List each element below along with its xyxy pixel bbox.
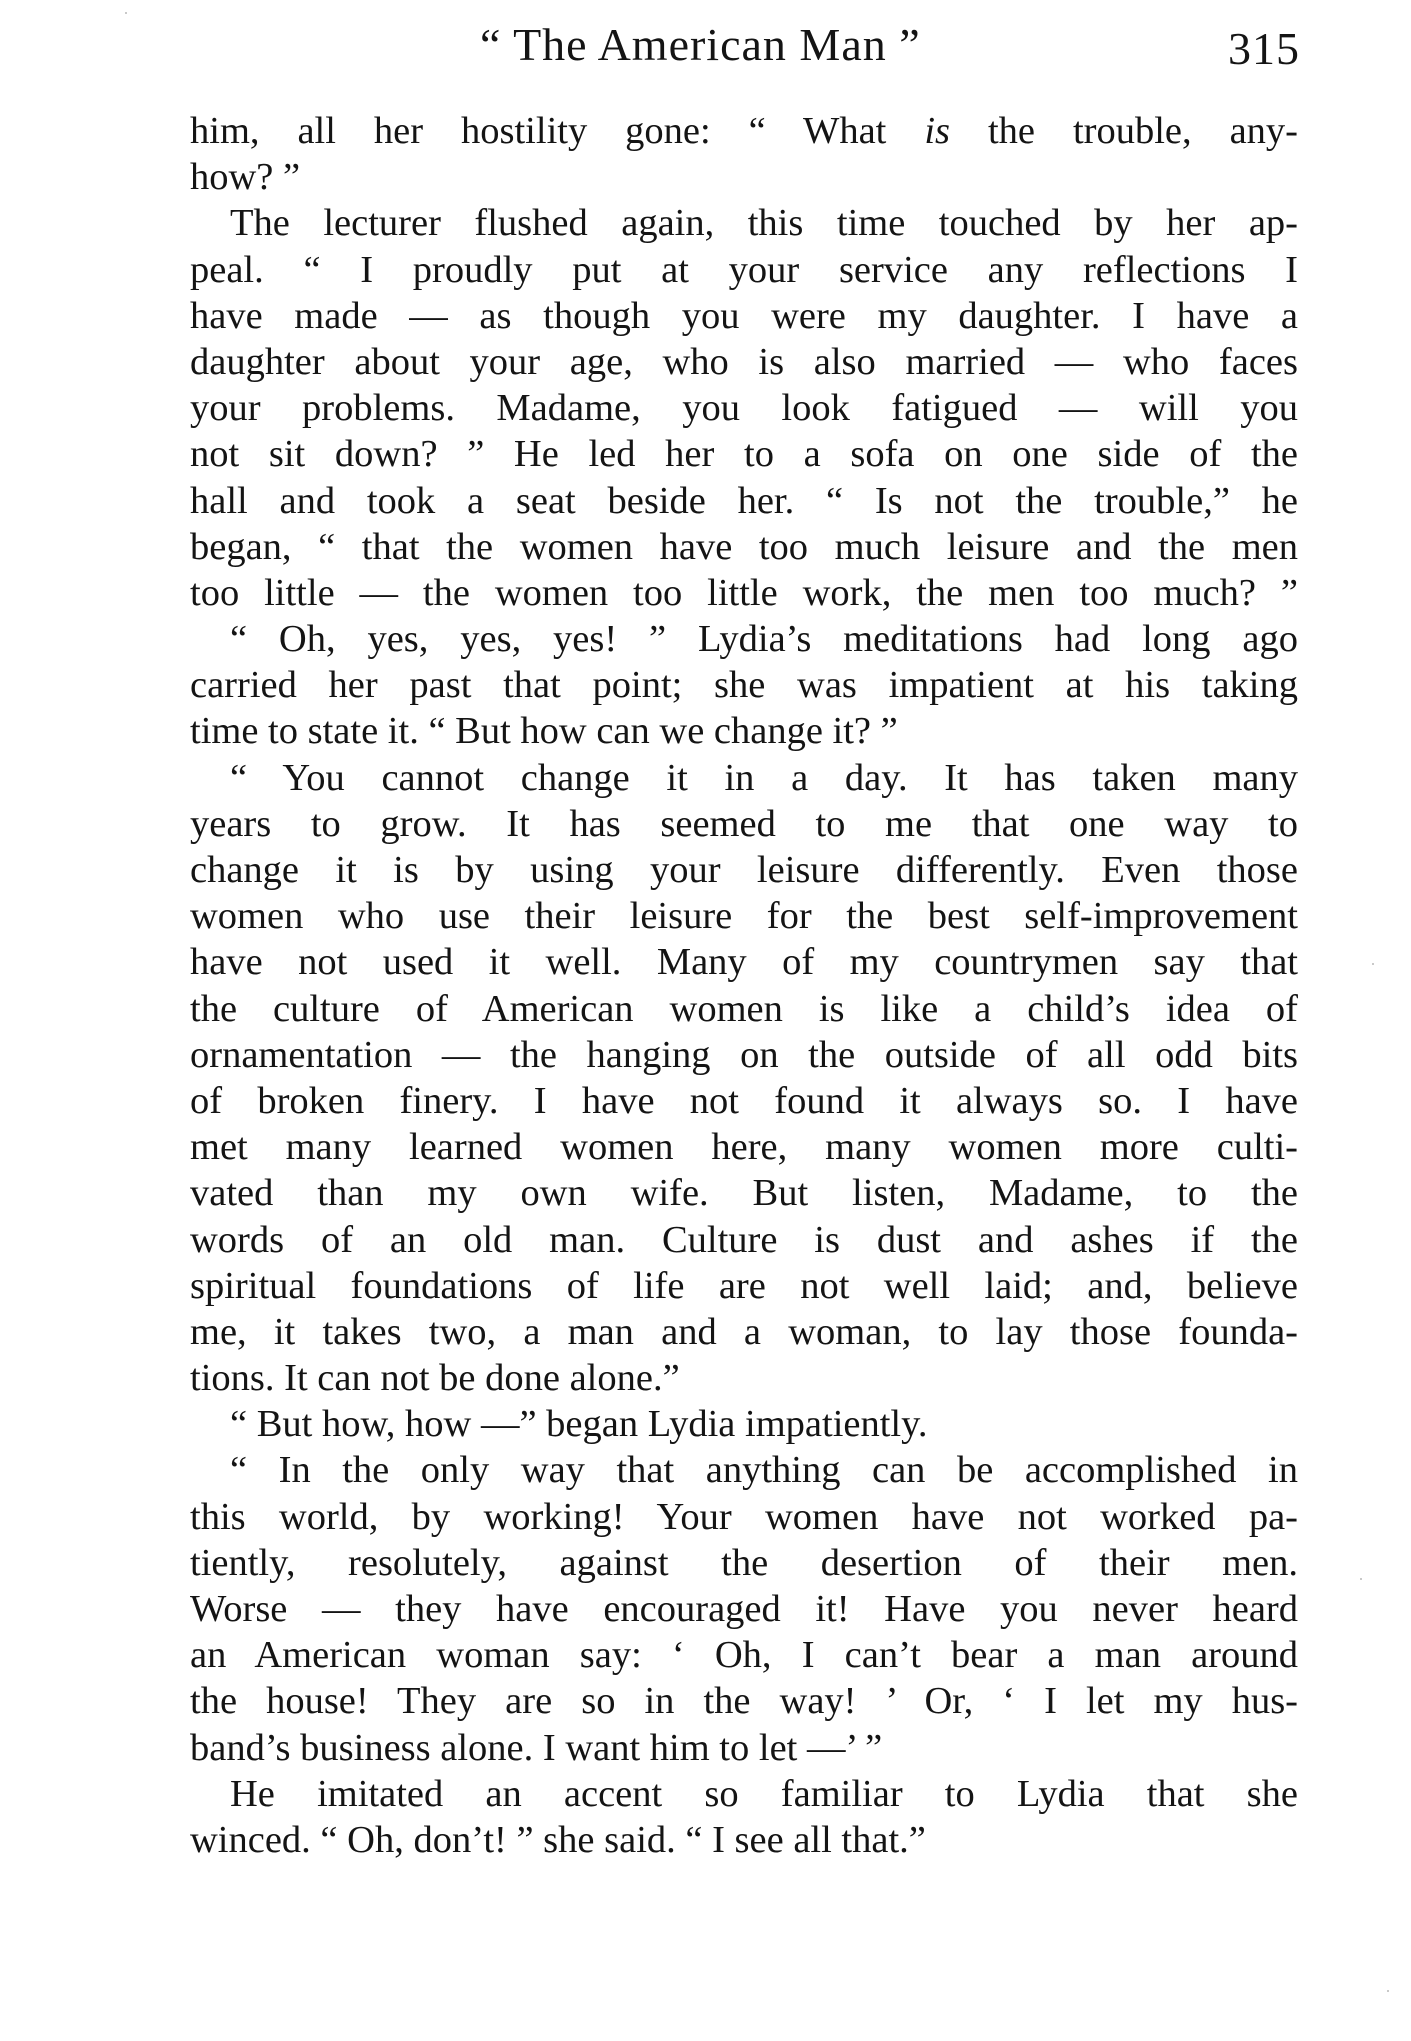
text-line: change it is by using your leisure diffe… (190, 847, 1298, 893)
text-line: your problems. Madame, you look fatigued… (190, 385, 1298, 431)
text-line: began, “ that the women have too much le… (190, 524, 1298, 570)
text-line: tiently, resolutely, against the deserti… (190, 1540, 1298, 1586)
text-line: the culture of American women is like a … (190, 986, 1298, 1032)
text-line: hall and took a seat beside her. “ Is no… (190, 478, 1298, 524)
scan-speck (1372, 963, 1374, 965)
paragraph: He imitated an accent so familiar to Lyd… (190, 1771, 1298, 1863)
scan-speck (1360, 1578, 1362, 1580)
paragraph: The lecturer flushed again, this time to… (190, 200, 1298, 616)
text-line: spiritual foundations of life are not we… (190, 1263, 1298, 1309)
text-line: tions. It can not be done alone.” (190, 1355, 1298, 1401)
paragraph: “ But how, how —” began Lydia impatientl… (190, 1401, 1298, 1447)
text-line: an American woman say: ‘ Oh, I can’t bea… (190, 1632, 1298, 1678)
text-line: women who use their leisure for the best… (190, 893, 1298, 939)
scan-speck (1387, 1990, 1389, 1992)
paragraph: “ You cannot change it in a day. It has … (190, 755, 1298, 1402)
text-line: winced. “ Oh, don’t! ” she said. “ I see… (190, 1817, 1298, 1863)
text-line: “ But how, how —” began Lydia impatientl… (190, 1401, 1298, 1447)
text-line: years to grow. It has seemed to me that … (190, 801, 1298, 847)
text-line: “ In the only way that anything can be a… (190, 1447, 1298, 1493)
text-line: how? ” (190, 154, 1298, 200)
text-line: Worse — they have encouraged it! Have yo… (190, 1586, 1298, 1632)
text-line: “ You cannot change it in a day. It has … (190, 755, 1298, 801)
text-line: daughter about your age, who is also mar… (190, 339, 1298, 385)
text-line: not sit down? ” He led her to a sofa on … (190, 431, 1298, 477)
running-title: “ The American Man ” (480, 18, 921, 71)
text-line: ornamentation — the hanging on the outsi… (190, 1032, 1298, 1078)
text-line: carried her past that point; she was imp… (190, 662, 1298, 708)
text-line: him, all her hostility gone: “ What is t… (190, 108, 1298, 154)
text-line: this world, by working! Your women have … (190, 1494, 1298, 1540)
text-line: me, it takes two, a man and a woman, to … (190, 1309, 1298, 1355)
text-line: met many learned women here, many women … (190, 1124, 1298, 1170)
body-text: him, all her hostility gone: “ What is t… (190, 108, 1298, 1863)
book-page: “ The American Man ” 315 him, all her ho… (0, 0, 1411, 2041)
text-line: have not used it well. Many of my countr… (190, 939, 1298, 985)
scan-speck (125, 12, 127, 14)
text-line: have made — as though you were my daught… (190, 293, 1298, 339)
text-line: words of an old man. Culture is dust and… (190, 1217, 1298, 1263)
text-line: vated than my own wife. But listen, Mada… (190, 1170, 1298, 1216)
text-line: “ Oh, yes, yes, yes! ” Lydia’s meditatio… (190, 616, 1298, 662)
text-line: He imitated an accent so familiar to Lyd… (190, 1771, 1298, 1817)
paragraph: “ In the only way that anything can be a… (190, 1447, 1298, 1770)
text-line: band’s business alone. I want him to let… (190, 1725, 1298, 1771)
text-line: too little — the women too little work, … (190, 570, 1298, 616)
text-line: of broken finery. I have not found it al… (190, 1078, 1298, 1124)
emphasis: is (924, 110, 950, 152)
text-line: the house! They are so in the way! ’ Or,… (190, 1678, 1298, 1724)
text-line: The lecturer flushed again, this time to… (190, 200, 1298, 246)
paragraph: “ Oh, yes, yes, yes! ” Lydia’s meditatio… (190, 616, 1298, 755)
page-number: 315 (1228, 22, 1300, 75)
text-line: peal. “ I proudly put at your service an… (190, 247, 1298, 293)
text-line: time to state it. “ But how can we chang… (190, 708, 1298, 754)
paragraph: him, all her hostility gone: “ What is t… (190, 108, 1298, 200)
running-head: “ The American Man ” 315 (190, 18, 1300, 78)
